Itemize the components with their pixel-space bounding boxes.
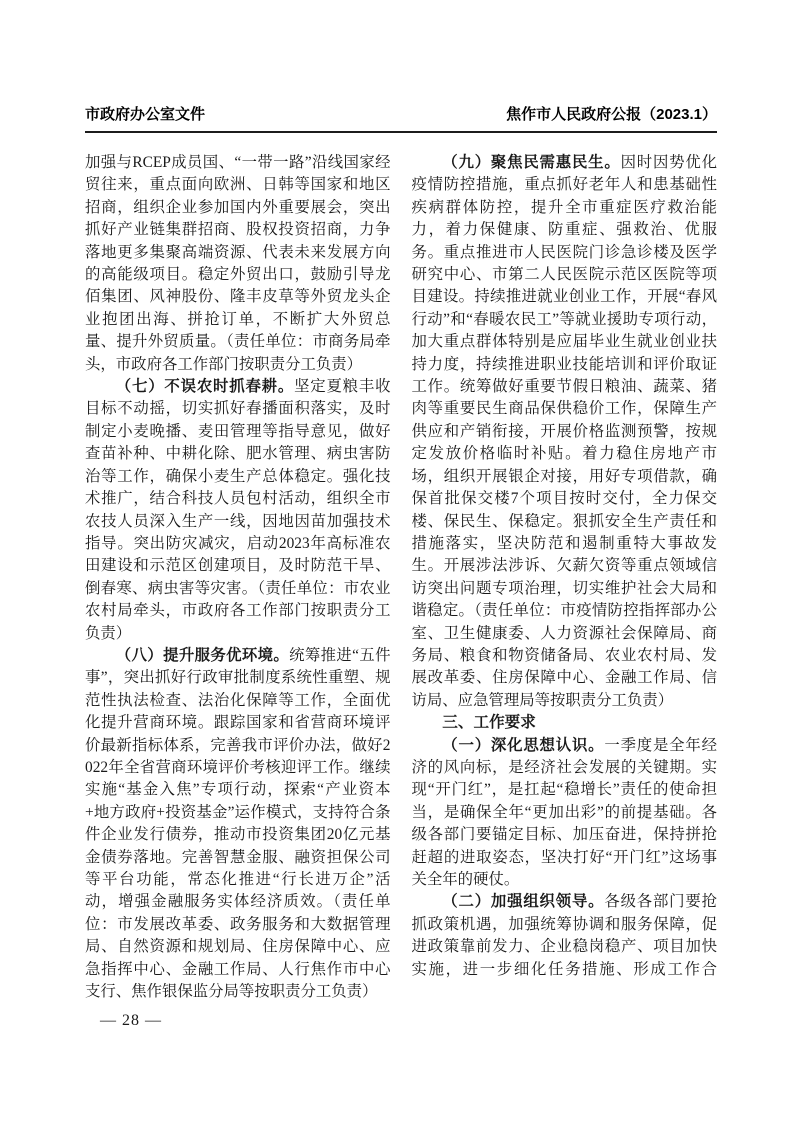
paragraph-lead: 三、工作要求 bbox=[442, 714, 536, 731]
paragraph-text: 统筹推进“五件事”，突出抓好行政审批制度系统性重塑、规范性执法检查、法治化保障等… bbox=[85, 647, 391, 1000]
header-right-title: 焦作市人民政府公报（2023.1） bbox=[506, 105, 717, 124]
paragraph: （一）深化思想认识。一季度是全年经济的风向标，是经济社会发展的关键期。实现“开门… bbox=[412, 735, 718, 892]
paragraph-lead: （一）深化思想认识。 bbox=[442, 737, 604, 754]
paragraph-lead: （七）不误农时抓春耕。 bbox=[116, 378, 294, 395]
paragraph: 加强与RCEP成员国、“一带一路”沿线国家经贸往来，重点面向欧洲、日韩等国家和地… bbox=[85, 152, 391, 376]
paragraph-lead: （九）聚焦民需惠民生。 bbox=[442, 154, 620, 171]
page-number: — 28 — bbox=[100, 1012, 162, 1030]
paragraph: （八）提升服务优环境。统筹推进“五件事”，突出抓好行政审批制度系统性重塑、规范性… bbox=[85, 645, 391, 1004]
paragraph-text: 坚定夏粮丰收目标不动摇，切实抓好春播面积落实，及时制定小麦晚播、麦田管理等指导意… bbox=[85, 378, 391, 641]
document-page: 市政府办公室文件 焦作市人民政府公报（2023.1） 加强与RCEP成员国、“一… bbox=[0, 0, 793, 1122]
paragraph-lead: （八）提升服务优环境。 bbox=[116, 647, 289, 664]
paragraph: （九）聚焦民需惠民生。因时因势优化疫情防控措施，重点抓好老年人和患基础性疾病群体… bbox=[412, 152, 718, 712]
content-columns: 加强与RCEP成员国、“一带一路”沿线国家经贸往来，重点面向欧洲、日韩等国家和地… bbox=[85, 152, 717, 1008]
paragraph-text: 因时因势优化疫情防控措施，重点抓好老年人和患基础性疾病群体防控，提升全市重症医疗… bbox=[412, 154, 718, 709]
header-left-title: 市政府办公室文件 bbox=[85, 105, 205, 124]
section-heading: 三、工作要求 bbox=[412, 712, 718, 734]
paragraph-text: 一季度是全年经济的风向标，是经济社会发展的关键期。实现“开门红”，是扛起“稳增长… bbox=[412, 737, 718, 888]
running-header: 市政府办公室文件 焦作市人民政府公报（2023.1） bbox=[85, 105, 717, 124]
paragraph-lead: （二）加强组织领导。 bbox=[442, 893, 604, 910]
header-rule bbox=[85, 131, 717, 133]
paragraph: （七）不误农时抓春耕。坚定夏粮丰收目标不动摇，切实抓好春播面积落实，及时制定小麦… bbox=[85, 376, 391, 645]
paragraph-text: 加强与RCEP成员国、“一带一路”沿线国家经贸往来，重点面向欧洲、日韩等国家和地… bbox=[85, 154, 391, 373]
